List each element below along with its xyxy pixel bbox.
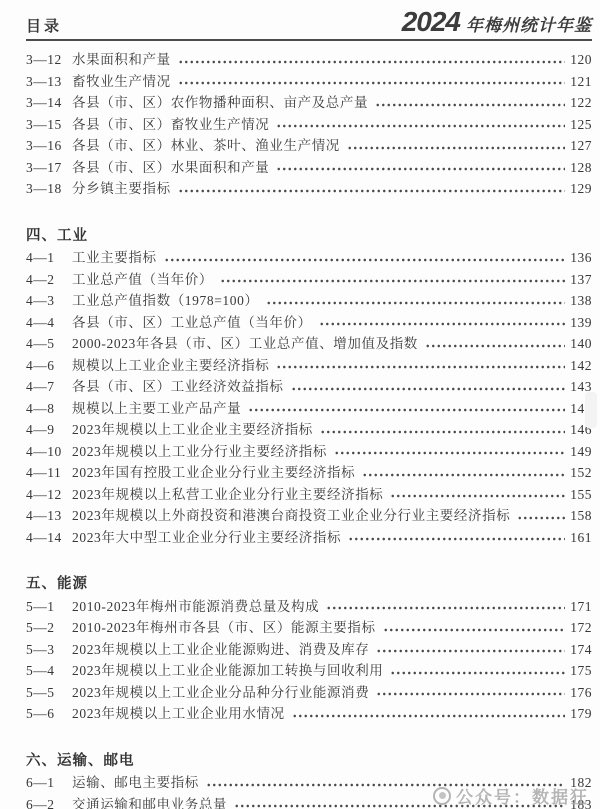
yearbook-title: 2024 年梅州统计年鉴 [402, 8, 592, 36]
entry-number: 4—1 [26, 247, 72, 269]
toc-entry: 6—1运输、邮电主要指标182 [26, 772, 592, 794]
entry-number: 4—3 [26, 290, 72, 312]
entry-page: 142 [568, 355, 592, 377]
yearbook-year: 2024 [402, 8, 460, 36]
entry-number: 4—8 [26, 398, 72, 420]
dot-leader [390, 484, 565, 506]
entry-page: 140 [568, 333, 592, 355]
toc-entry: 4—142023年大中型工业企业分行业主要经济指标161 [26, 527, 592, 549]
entry-number: 4—4 [26, 312, 72, 334]
entry-number: 3—14 [26, 92, 72, 114]
dot-leader [292, 703, 565, 725]
entry-title: 水果面积和产量 [72, 49, 171, 71]
toc-entry: 4—112023年国有控股工业企业分行业主要经济指标152 [26, 462, 592, 484]
section-heading: 六、运输、邮电 [26, 751, 592, 773]
entry-number: 5—4 [26, 660, 72, 682]
entry-number: 4—11 [26, 462, 72, 484]
entry-title: 规模以上工业企业主要经济指标 [72, 355, 269, 377]
entry-title: 2023年国有控股工业企业分行业主要经济指标 [72, 462, 355, 484]
dot-leader [266, 290, 565, 312]
toc-section: 3—12水果面积和产量1203—13畜牧业生产情况1213—14各县（市、区）农… [26, 49, 592, 200]
entry-number: 3—18 [26, 178, 72, 200]
entry-title: 各县（市、区）水果面积和产量 [72, 157, 269, 179]
toc-section: 五、能源5—12010-2023年梅州市能源消费总量及构成1715—22010-… [26, 574, 592, 725]
entry-title: 规模以上主要工业产品产量 [72, 398, 241, 420]
entry-title: 各县（市、区）工业经济效益指标 [72, 376, 284, 398]
toc-entry: 4—92023年规模以上工业企业主要经济指标146 [26, 419, 592, 441]
toc-entry: 3—15各县（市、区）畜牧业生产情况125 [26, 114, 592, 136]
toc-entry: 5—12010-2023年梅州市能源消费总量及构成171 [26, 596, 592, 618]
entry-number: 3—17 [26, 157, 72, 179]
scan-artifact [585, 392, 597, 428]
entry-number: 4—14 [26, 527, 72, 549]
toc-entry: 4—7各县（市、区）工业经济效益指标143 [26, 376, 592, 398]
section-heading: 五、能源 [26, 574, 592, 596]
toc-entry: 4—8规模以上主要工业产品产量144 [26, 398, 592, 420]
toc-entry: 4—2工业总产值（当年价）137 [26, 269, 592, 291]
dot-leader [276, 114, 565, 136]
entry-number: 4—7 [26, 376, 72, 398]
entry-page: 127 [568, 135, 592, 157]
entry-page: 179 [568, 703, 592, 725]
entry-number: 5—6 [26, 703, 72, 725]
entry-number: 4—2 [26, 269, 72, 291]
dot-leader [383, 617, 565, 639]
toc-entry: 5—32023年规模以上工业企业能源购进、消费及库存174 [26, 639, 592, 661]
entry-title: 2000-2023年各县（市、区）工业总产值、增加值及指数 [72, 333, 418, 355]
entry-title: 交通运输和邮电业务总量 [72, 794, 227, 809]
entry-page: 120 [568, 49, 592, 71]
table-of-contents: 3—12水果面积和产量1203—13畜牧业生产情况1213—14各县（市、区）农… [0, 41, 600, 809]
dot-leader [276, 355, 565, 377]
dot-leader [164, 247, 565, 269]
toc-section: 四、工业4—1工业主要指标1364—2工业总产值（当年价）1374—3工业总产值… [26, 226, 592, 549]
entry-number: 4—13 [26, 505, 72, 527]
dot-leader [320, 419, 565, 441]
toc-entry: 6—2交通运输和邮电业务总量183 [26, 794, 592, 809]
entry-number: 4—12 [26, 484, 72, 506]
entry-title: 2023年规模以上工业企业能源购进、消费及库存 [72, 639, 369, 661]
toc-entry: 4—6规模以上工业企业主要经济指标142 [26, 355, 592, 377]
dot-leader [347, 135, 565, 157]
toc-entry: 4—52000-2023年各县（市、区）工业总产值、增加值及指数140 [26, 333, 592, 355]
entry-page: 136 [568, 247, 592, 269]
entry-number: 4—5 [26, 333, 72, 355]
dot-leader [276, 157, 565, 179]
entry-title: 畜牧业生产情况 [72, 71, 171, 93]
toc-entry: 4—102023年规模以上工业分行业主要经济指标149 [26, 441, 592, 463]
entry-page: 137 [568, 269, 592, 291]
toc-entry: 3—17各县（市、区）水果面积和产量128 [26, 157, 592, 179]
entry-page: 161 [568, 527, 592, 549]
entry-title: 各县（市、区）工业总产值（当年价） [72, 312, 312, 334]
toc-entry: 3—12水果面积和产量120 [26, 49, 592, 71]
entry-title: 各县（市、区）畜牧业生产情况 [72, 114, 269, 136]
dot-leader [178, 178, 565, 200]
dot-leader [291, 376, 566, 398]
toc-entry: 3—18分乡镇主要指标129 [26, 178, 592, 200]
toc-entry: 5—22010-2023年梅州市各县（市、区）能源主要指标172 [26, 617, 592, 639]
dot-leader [376, 682, 565, 704]
yearbook-name: 年梅州统计年鉴 [466, 11, 592, 36]
toc-entry: 4—1工业主要指标136 [26, 247, 592, 269]
toc-section: 六、运输、邮电6—1运输、邮电主要指标1826—2交通运输和邮电业务总量183 [26, 751, 592, 809]
dot-leader [178, 49, 565, 71]
entry-title: 各县（市、区）农作物播种面积、亩产及总产量 [72, 92, 368, 114]
entry-number: 3—12 [26, 49, 72, 71]
entry-title: 运输、邮电主要指标 [72, 772, 199, 794]
dot-leader [362, 462, 565, 484]
dot-leader [248, 398, 565, 420]
toc-entry: 4—132023年规模以上外商投资和港澳台商投资工业企业分行业主要经济指标158 [26, 505, 592, 527]
dot-leader [517, 505, 565, 527]
toc-entry: 4—4各县（市、区）工业总产值（当年价）139 [26, 312, 592, 334]
entry-page: 174 [568, 639, 592, 661]
entry-number: 4—9 [26, 419, 72, 441]
dot-leader [334, 441, 565, 463]
dot-leader [348, 527, 565, 549]
entry-page: 129 [568, 178, 592, 200]
entry-number: 3—15 [26, 114, 72, 136]
entry-page: 182 [568, 772, 592, 794]
entry-title: 2023年规模以上工业企业主要经济指标 [72, 419, 313, 441]
toc-entry: 5—62023年规模以上工业企业用水情况179 [26, 703, 592, 725]
dot-leader [234, 794, 565, 809]
entry-title: 2010-2023年梅州市各县（市、区）能源主要指标 [72, 617, 376, 639]
entry-title: 工业总产值（当年价） [72, 269, 213, 291]
dot-leader [178, 71, 565, 93]
entry-page: 171 [568, 596, 592, 618]
entry-page: 155 [568, 484, 592, 506]
entry-page: 139 [568, 312, 592, 334]
entry-title: 2023年大中型工业企业分行业主要经济指标 [72, 527, 341, 549]
entry-number: 4—10 [26, 441, 72, 463]
toc-entry: 3—14各县（市、区）农作物播种面积、亩产及总产量122 [26, 92, 592, 114]
entry-page: 152 [568, 462, 592, 484]
entry-title: 各县（市、区）林业、茶叶、渔业生产情况 [72, 135, 340, 157]
toc-entry: 4—3工业总产值指数（1978=100）138 [26, 290, 592, 312]
entry-title: 2023年规模以上工业企业能源加工转换与回收利用 [72, 660, 383, 682]
dot-leader [376, 639, 565, 661]
toc-entry: 3—13畜牧业生产情况121 [26, 71, 592, 93]
entry-page: 138 [568, 290, 592, 312]
entry-number: 3—13 [26, 71, 72, 93]
dot-leader [425, 333, 565, 355]
entry-number: 3—16 [26, 135, 72, 157]
toc-entry: 5—42023年规模以上工业企业能源加工转换与回收利用175 [26, 660, 592, 682]
entry-number: 5—3 [26, 639, 72, 661]
entry-page: 149 [568, 441, 592, 463]
entry-title: 分乡镇主要指标 [72, 178, 171, 200]
dot-leader [319, 312, 565, 334]
dot-leader [375, 92, 565, 114]
entry-page: 128 [568, 157, 592, 179]
entry-page: 121 [568, 71, 592, 93]
entry-page: 158 [568, 505, 592, 527]
entry-title: 2023年规模以上私营工业企业分行业主要经济指标 [72, 484, 383, 506]
entry-title: 2010-2023年梅州市能源消费总量及构成 [72, 596, 319, 618]
entry-title: 2023年规模以上外商投资和港澳台商投资工业企业分行业主要经济指标 [72, 505, 510, 527]
section-heading: 四、工业 [26, 226, 592, 248]
entry-page: 125 [568, 114, 592, 136]
toc-entry: 5—52023年规模以上工业企业分品种分行业能源消费176 [26, 682, 592, 704]
entry-title: 2023年规模以上工业企业用水情况 [72, 703, 285, 725]
entry-title: 2023年规模以上工业企业分品种分行业能源消费 [72, 682, 369, 704]
dot-leader [206, 772, 565, 794]
entry-page: 122 [568, 92, 592, 114]
entry-number: 5—2 [26, 617, 72, 639]
entry-title: 工业总产值指数（1978=100） [72, 290, 259, 312]
entry-number: 6—1 [26, 772, 72, 794]
entry-number: 5—5 [26, 682, 72, 704]
dot-leader [326, 596, 565, 618]
contents-title: 目录 [26, 15, 62, 36]
entry-number: 6—2 [26, 794, 72, 809]
entry-number: 5—1 [26, 596, 72, 618]
entry-page: 183 [568, 794, 592, 809]
entry-number: 4—6 [26, 355, 72, 377]
entry-page: 175 [568, 660, 592, 682]
entry-page: 172 [568, 617, 592, 639]
entry-title: 2023年规模以上工业分行业主要经济指标 [72, 441, 327, 463]
dot-leader [390, 660, 565, 682]
dot-leader [220, 269, 565, 291]
page-header: 目录 2024 年梅州统计年鉴 [26, 0, 592, 41]
entry-title: 工业主要指标 [72, 247, 157, 269]
toc-entry: 3—16各县（市、区）林业、茶叶、渔业生产情况127 [26, 135, 592, 157]
toc-entry: 4—122023年规模以上私营工业企业分行业主要经济指标155 [26, 484, 592, 506]
entry-page: 176 [568, 682, 592, 704]
